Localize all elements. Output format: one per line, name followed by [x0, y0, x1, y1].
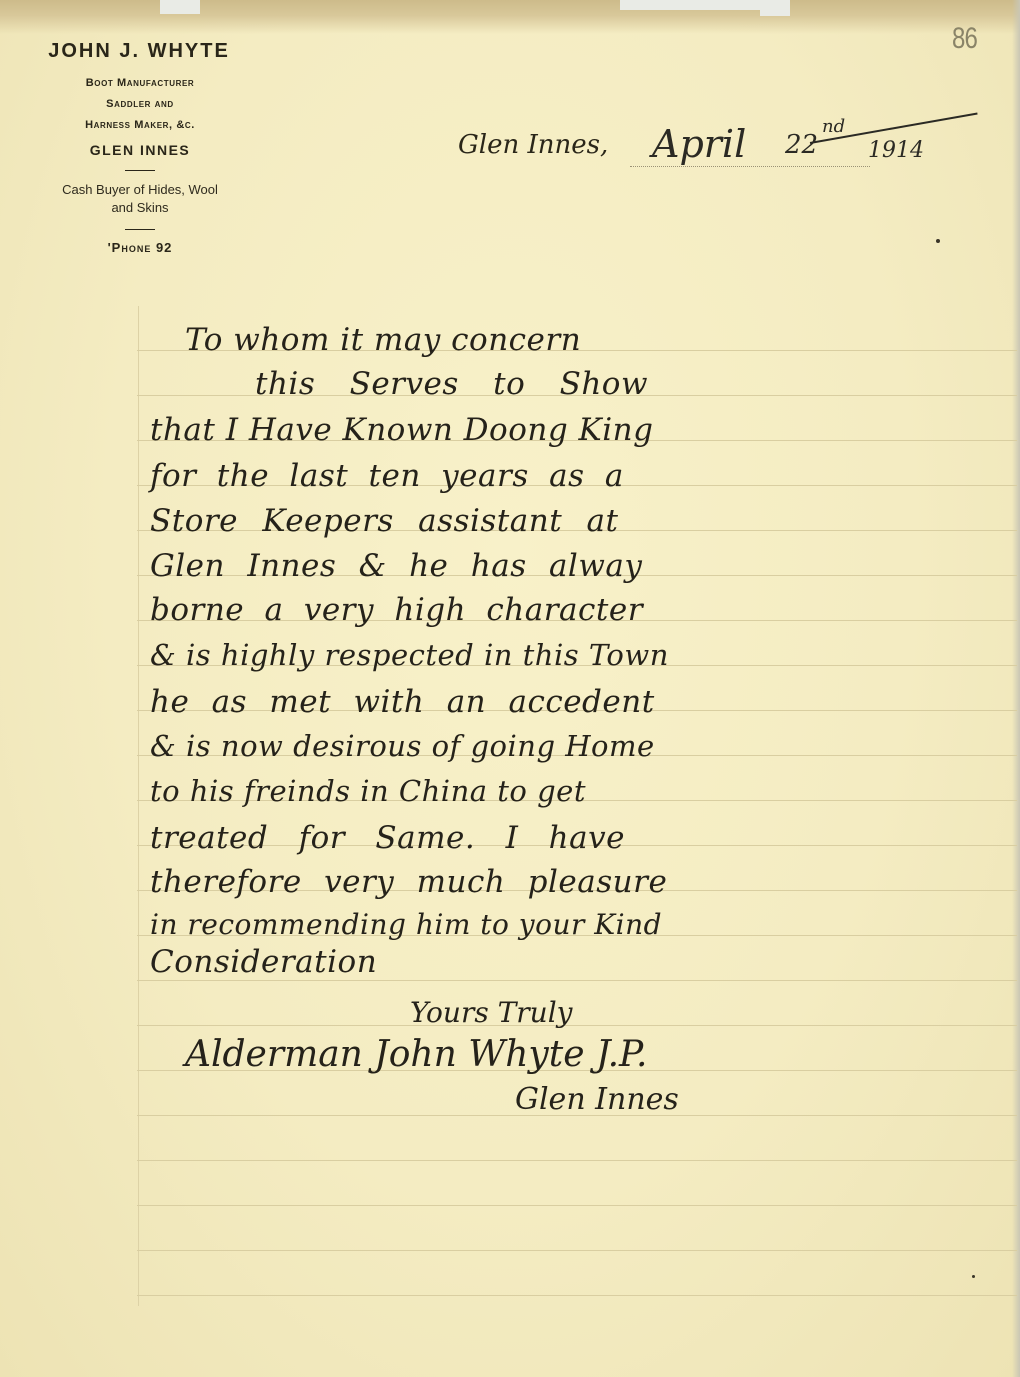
letter-line: To whom it may concern — [185, 322, 581, 358]
letterhead-phone: 'Phone 92 — [20, 240, 260, 255]
tear-mark — [160, 0, 200, 14]
letterhead-town: GLEN INNES — [20, 142, 260, 158]
paper-speck — [936, 239, 940, 243]
letter-paper: 86 JOHN J. WHYTE Boot Manufacturer Saddl… — [0, 0, 1020, 1377]
divider — [125, 229, 155, 230]
ruled-line — [137, 1250, 1017, 1251]
closing: Yours Truly — [410, 996, 572, 1029]
ruled-line — [137, 980, 1017, 981]
letter-line: Glen Innes & he has alway — [150, 548, 642, 584]
letter-line: that I Have Known Doong King — [150, 412, 653, 448]
letter-line: Store Keepers assistant at — [150, 503, 618, 539]
ruled-line — [137, 1025, 1017, 1026]
letter-line: treated for Same. I have — [150, 820, 625, 856]
letterhead-trade-line: Boot Manufacturer — [20, 73, 260, 94]
date-day-suffix: nd — [822, 116, 845, 137]
ruled-line — [137, 1160, 1017, 1161]
letterhead-buyer-line: and Skins — [20, 199, 260, 217]
letter-line: & is highly respected in this Town — [150, 638, 669, 672]
folio-number: 86 — [952, 22, 977, 56]
letter-line: to his freinds in China to get — [150, 774, 586, 808]
date-day: 22 — [785, 130, 818, 160]
ruled-line — [137, 1295, 1017, 1296]
tear-mark — [760, 0, 790, 16]
dotted-rule — [630, 166, 870, 167]
worn-top-edge — [0, 0, 1020, 34]
letter-line: this Serves to Show — [255, 366, 648, 402]
date-place: Glen Innes, — [458, 130, 608, 160]
paper-speck — [972, 1275, 975, 1278]
letter-line: in recommending him to your Kind — [150, 908, 662, 941]
letterhead-trade-line: Harness Maker, &c. — [20, 115, 260, 136]
tear-mark — [620, 0, 770, 10]
letter-line: Consideration — [150, 944, 377, 980]
letterhead-name: JOHN J. WHYTE — [18, 40, 260, 63]
letter-line: for the last ten years as a — [150, 458, 624, 494]
signature: Alderman John Whyte J.P. — [185, 1034, 647, 1075]
signature-place: Glen Innes — [515, 1082, 679, 1117]
letter-line: borne a very high character — [150, 592, 643, 628]
divider — [125, 170, 155, 171]
letterhead-trade-line: Saddler and — [20, 94, 260, 115]
letterhead-buyer-line: Cash Buyer of Hides, Wool — [20, 181, 260, 199]
letterhead: JOHN J. WHYTE Boot Manufacturer Saddler … — [20, 40, 260, 255]
date-month: April — [652, 122, 746, 166]
ruled-line — [137, 1205, 1017, 1206]
letter-line: therefore very much pleasure — [150, 864, 667, 900]
dateline: Glen Innes, April 22 nd 1914 — [450, 118, 990, 178]
letter-line: & is now desirous of going Home — [150, 729, 655, 763]
letter-line: he as met with an accedent — [150, 684, 655, 720]
date-year: 1914 — [868, 138, 924, 163]
